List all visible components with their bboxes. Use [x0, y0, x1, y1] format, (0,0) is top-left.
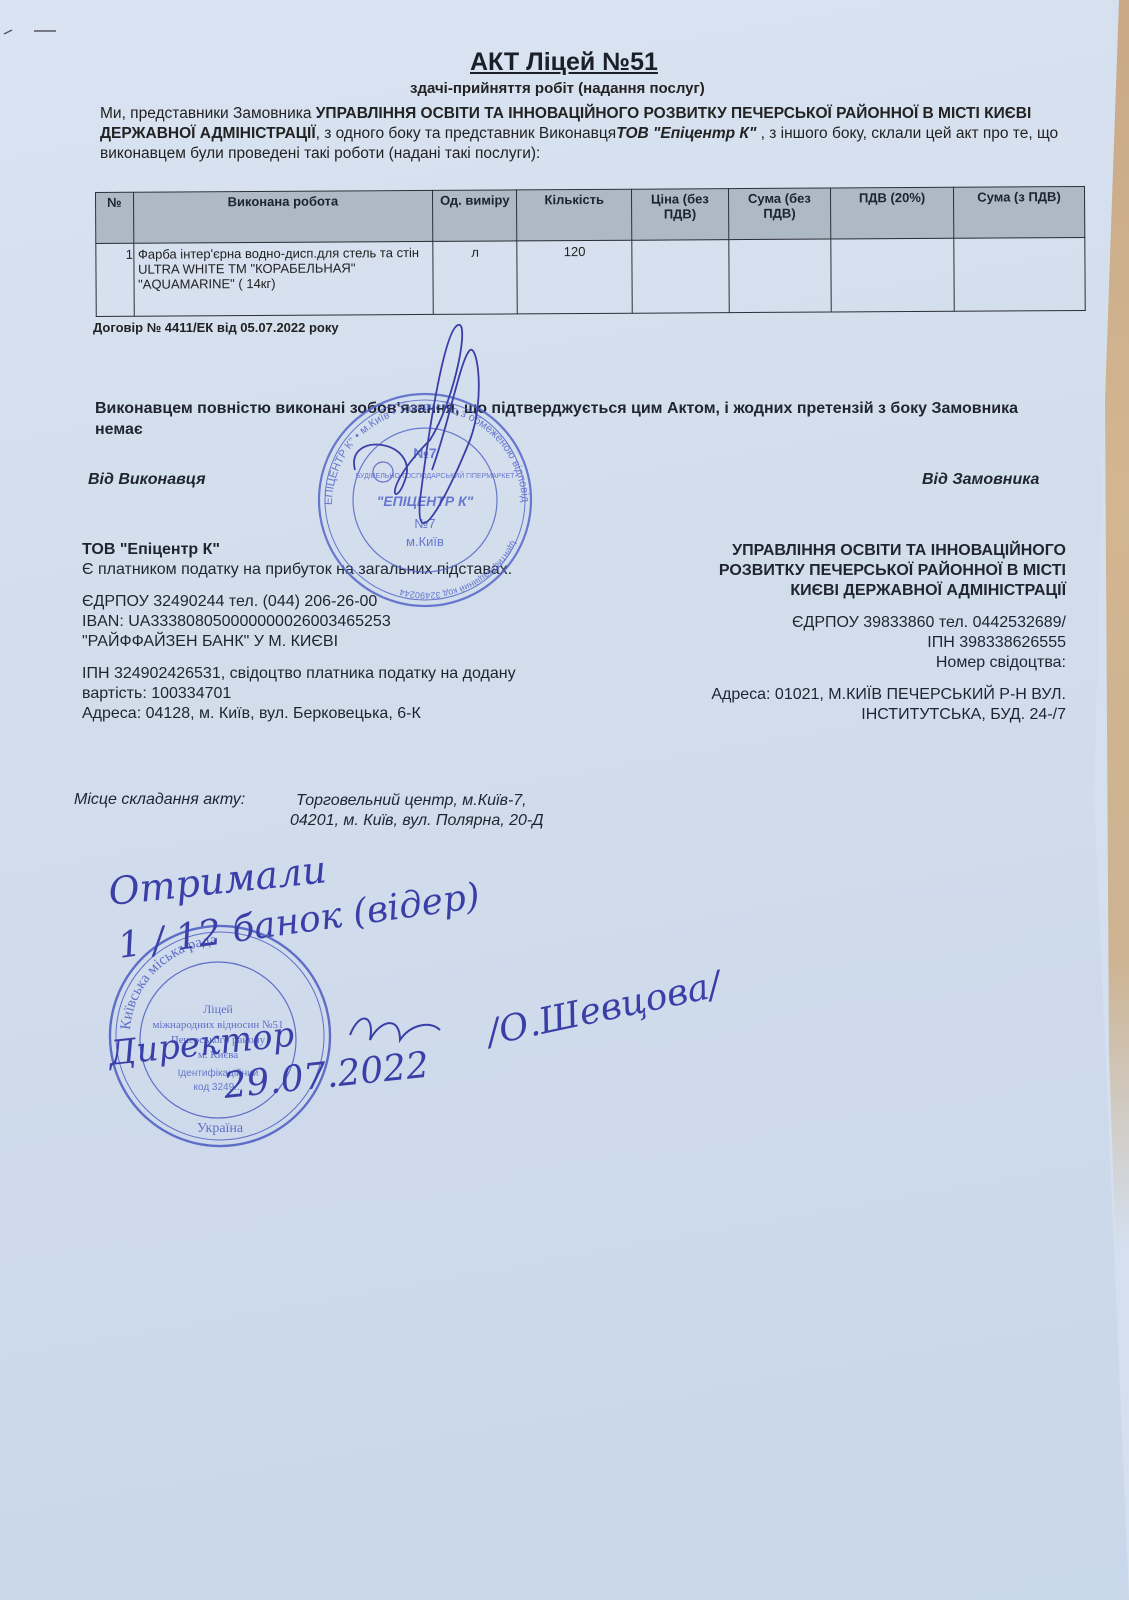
handwritten-signature-name: /О.Шевцова/	[480, 963, 728, 1054]
contractor-stamp-outer-text: ЕПІЦЕНТР К" • м.Київ • Товариство з обме…	[0, 0, 531, 505]
contractor-stamp: ЕПІЦЕНТР К" • м.Київ • Товариство з обме…	[0, 0, 531, 606]
contractor-stamp-line2: БУДІВЕЛЬНО-ГОСПОДАРСЬКИЙ ГІПЕРМАРКЕТ	[356, 471, 516, 480]
svg-text:ЕПІЦЕНТР К" • м.Київ • Товарис: ЕПІЦЕНТР К" • м.Київ • Товариство з обме…	[0, 0, 531, 505]
school-stamp-line1: Ліцей	[203, 1002, 233, 1016]
stamps-and-signatures: ЕПІЦЕНТР К" • м.Київ • Товариство з обме…	[0, 0, 1129, 1600]
contractor-stamp-line5: м.Київ	[406, 534, 444, 549]
customer-signature	[350, 1019, 440, 1040]
corner-marks	[4, 30, 56, 34]
school-stamp-outer-bottom: Україна	[197, 1121, 244, 1136]
contractor-stamp-line3: "ЕПІЦЕНТР К"	[377, 493, 474, 509]
